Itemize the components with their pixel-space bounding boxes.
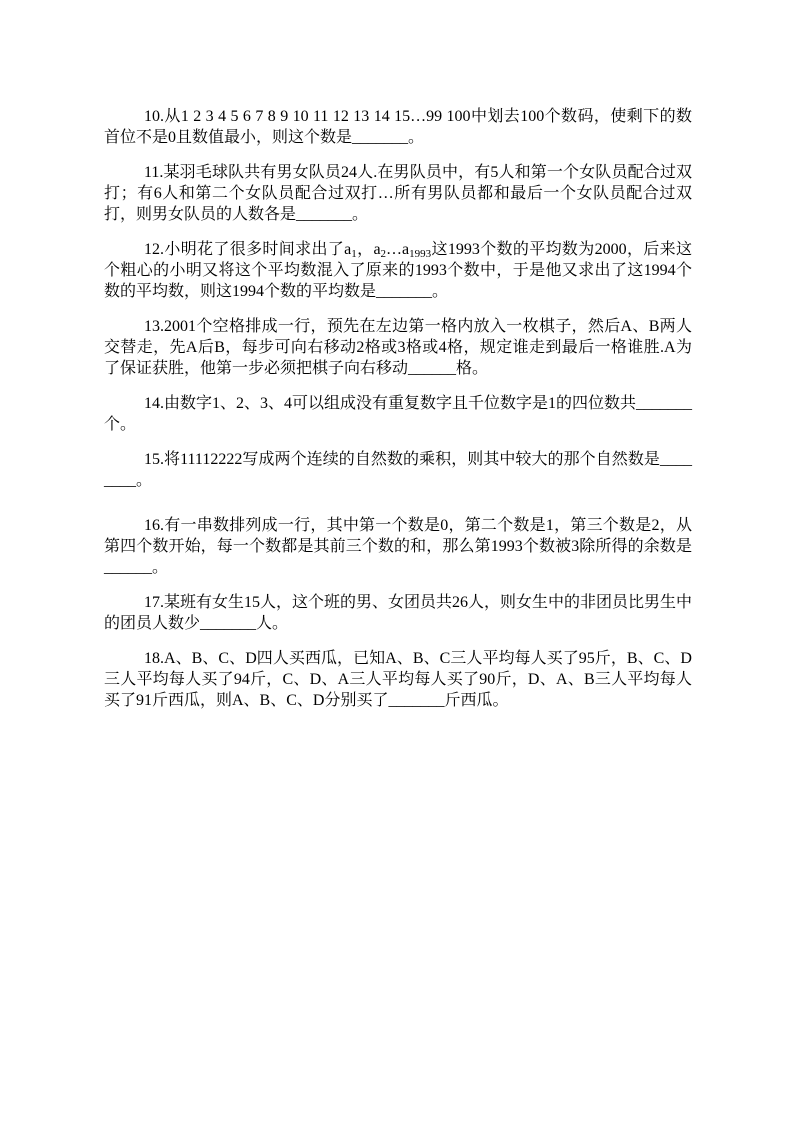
worksheet-page: 10.从1 2 3 4 5 6 7 8 9 10 11 12 13 14 15……: [0, 0, 793, 1122]
question-14: 14.由数字1、2、3、4可以组成没有重复数字且千位数字是1的四位数共_____…: [104, 393, 692, 435]
question-10: 10.从1 2 3 4 5 6 7 8 9 10 11 12 13 14 15……: [104, 106, 692, 148]
question-12: 12.小明花了很多时间求出了a1，a2…a1993这1993个数的平均数为200…: [104, 239, 692, 302]
worksheet-content: 10.从1 2 3 4 5 6 7 8 9 10 11 12 13 14 15……: [104, 106, 692, 725]
question-16: 16.有一串数排列成一行，其中第一个数是0，第二个数是1，第三个数是2，从第四个…: [104, 515, 692, 578]
question-11: 11.某羽毛球队共有男女队员24人.在男队员中，有5人和第一个女队员配合过双打；…: [104, 162, 692, 225]
question-18: 18.A、B、C、D四人买西瓜，已知A、B、C三人平均每人买了95斤，B、C、D…: [104, 648, 692, 711]
question-17: 17.某班有女生15人，这个班的男、女团员共26人，则女生中的非团员比男生中的团…: [104, 592, 692, 634]
question-15: 15.将11112222写成两个连续的自然数的乘积，则其中较大的那个自然数是__…: [104, 449, 692, 491]
question-13: 13.2001个空格排成一行，预先在左边第一格内放入一枚棋子，然后A、B两人交替…: [104, 316, 692, 379]
